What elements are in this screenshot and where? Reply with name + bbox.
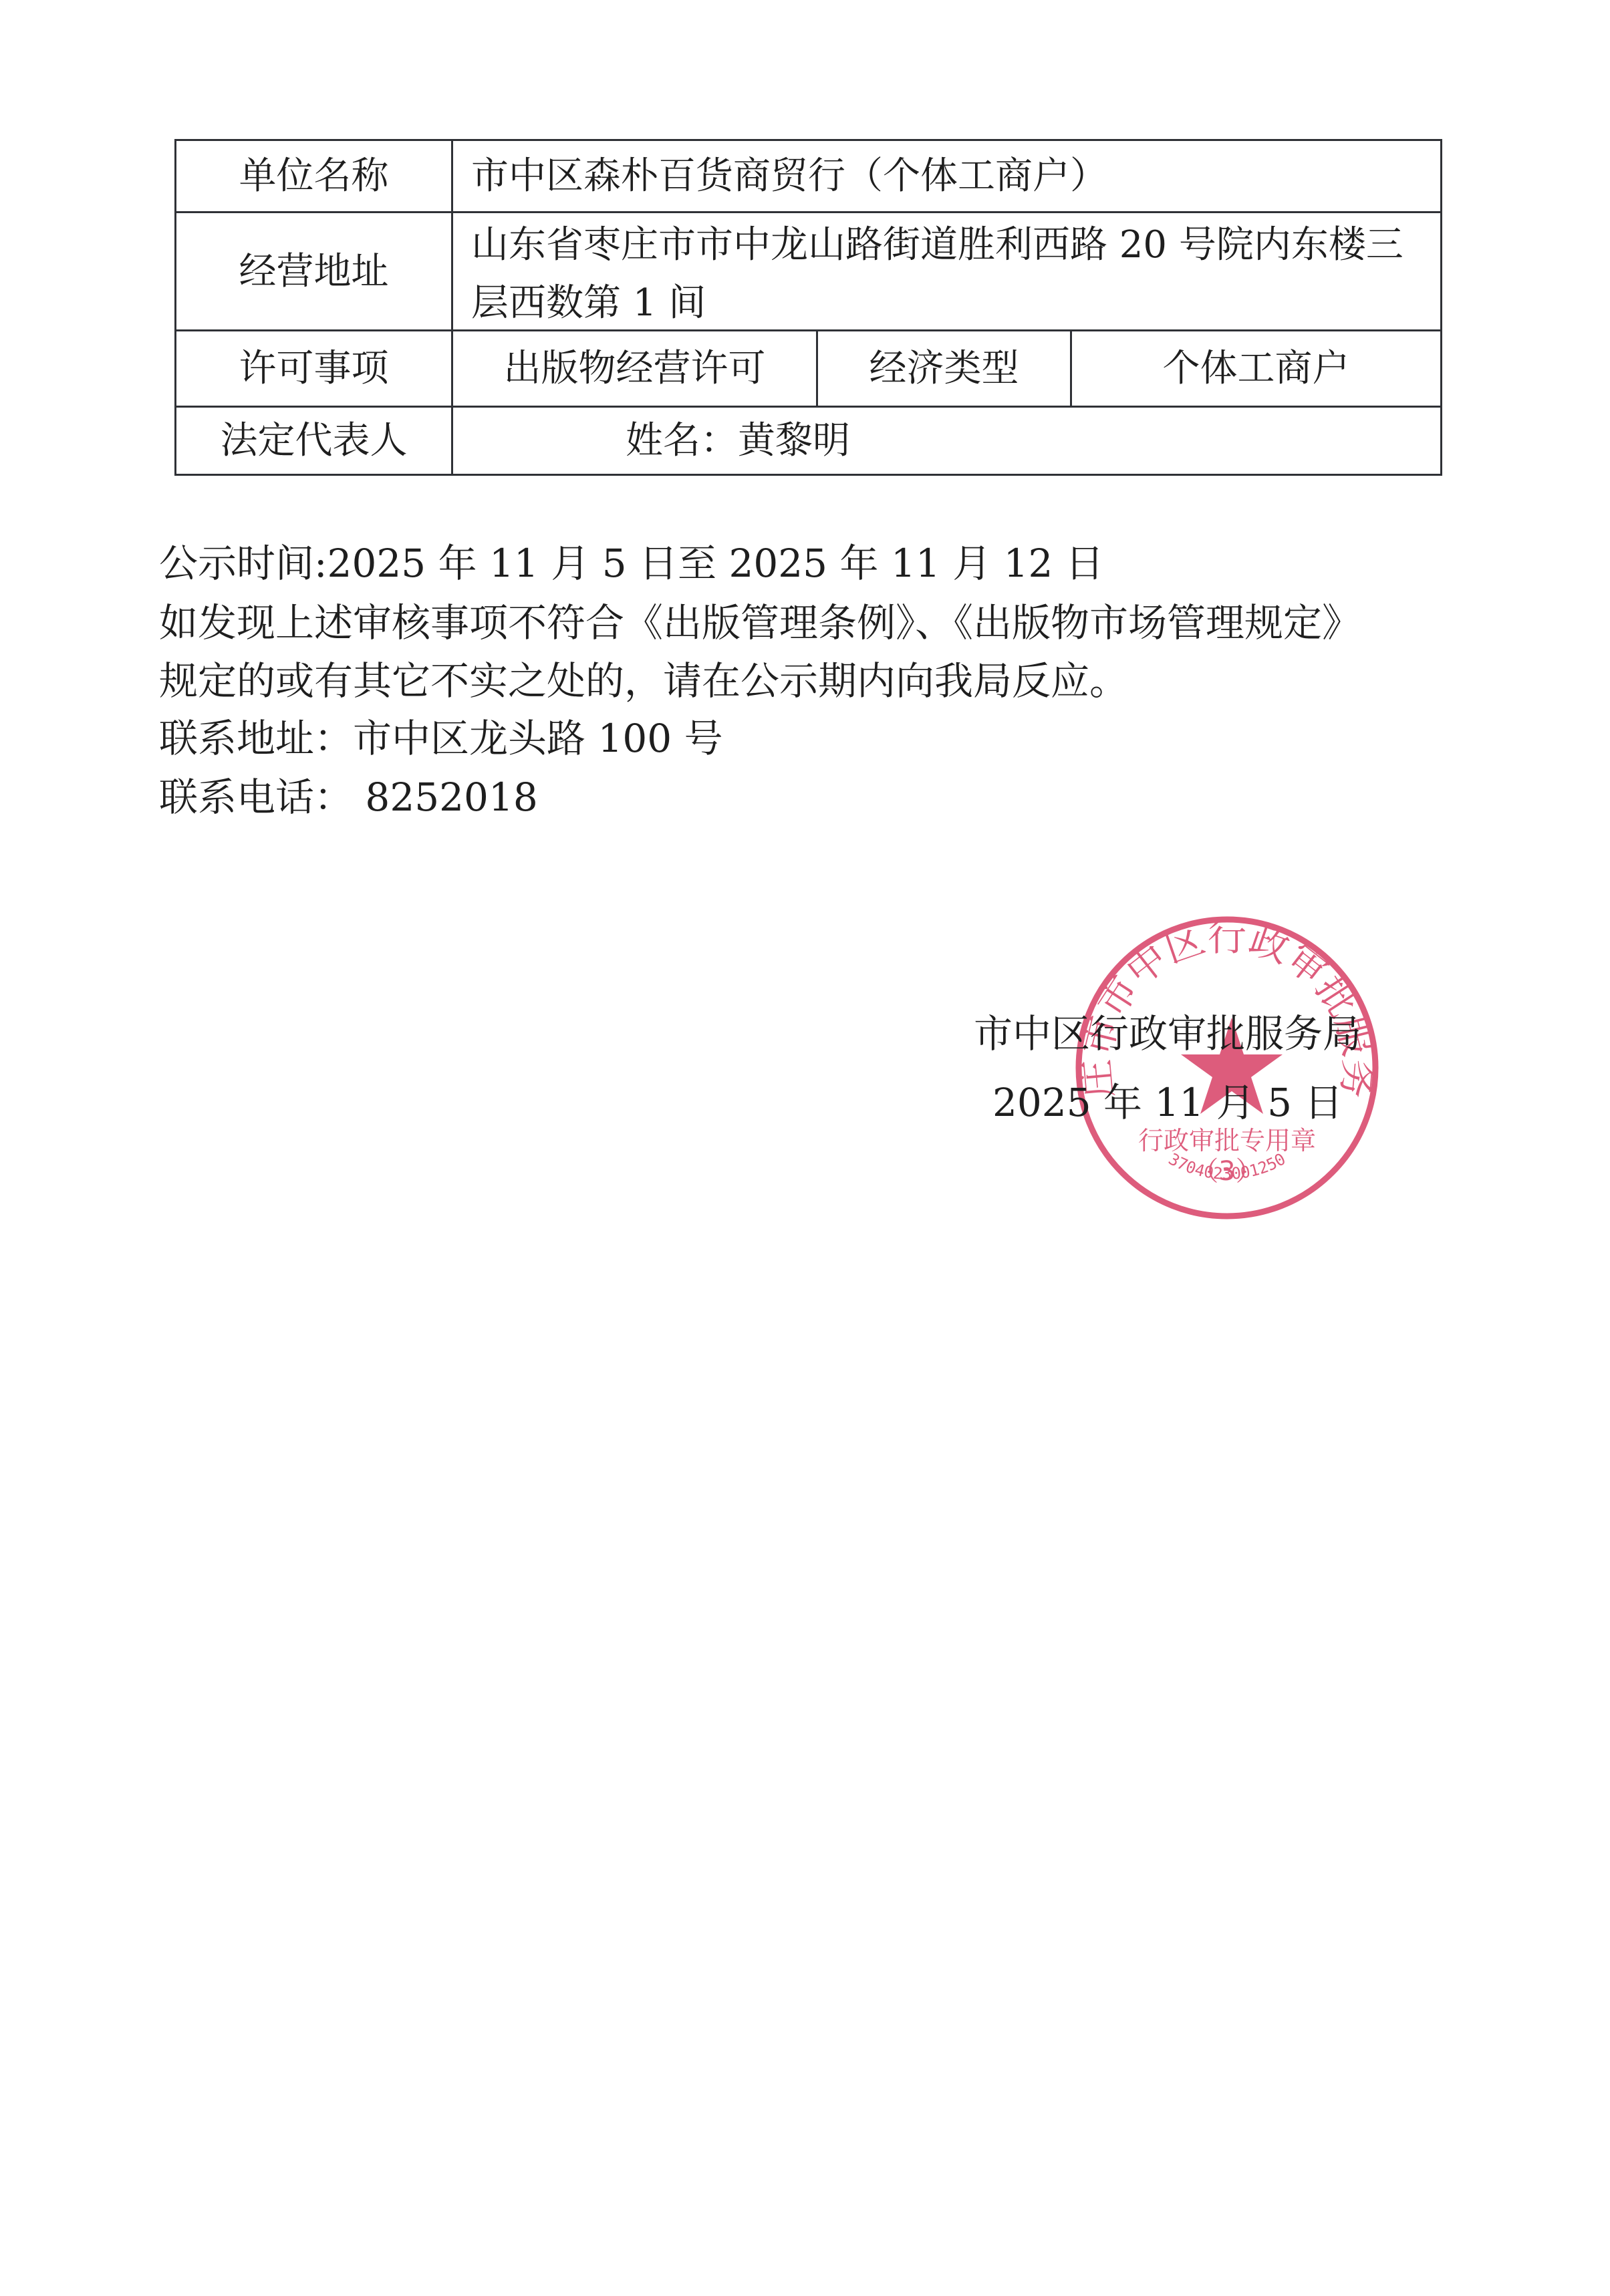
official-seal-icon: 枣庄市市中区行政审批服务局 行政审批专用章 （3） 3704023001250: [1073, 914, 1381, 1222]
contact-address: 联系地址：市中区龙头路 100 号: [159, 718, 723, 758]
economic-type-value: 个体工商户: [1072, 331, 1440, 406]
notice-body-line1: 如发现上述审核事项不符合《出版管理条例》、《出版物市场管理规定》: [159, 603, 1361, 643]
permit-item-value: 出版物经营许可: [453, 331, 816, 406]
row-label-permit-item: 许可事项: [176, 331, 451, 406]
economic-type-label: 经济类型: [818, 331, 1070, 406]
legal-representative-value: 姓名：黄黎明: [626, 408, 1428, 474]
business-address-line2: 层西数第 1 间: [471, 274, 1434, 332]
row-label-legal-representative: 法定代表人: [176, 408, 451, 474]
row-label-business-address: 经营地址: [176, 213, 451, 329]
contact-phone: 联系电话： 8252018: [159, 777, 538, 817]
business-address-line1: 山东省枣庄市市中龙山路街道胜利西路 20 号院内东楼三: [471, 216, 1434, 274]
row-label-unit-name: 单位名称: [176, 141, 451, 211]
issuer-name: 市中区行政审批服务局: [974, 1014, 1361, 1054]
notice-period: 公示时间:2025 年 11 月 5 日至 2025 年 11 月 12 日: [159, 543, 1104, 583]
notice-body-line2: 规定的或有其它不实之处的，请在公示期内向我局反应。: [159, 661, 1128, 701]
unit-name-value: 市中区森朴百货商贸行（个体工商户）: [471, 141, 1434, 211]
seal-inner-text: 行政审批专用章: [1138, 1126, 1316, 1155]
issue-date: 2025 年 11 月 5 日: [992, 1083, 1343, 1123]
table-col-divider: [451, 139, 453, 476]
